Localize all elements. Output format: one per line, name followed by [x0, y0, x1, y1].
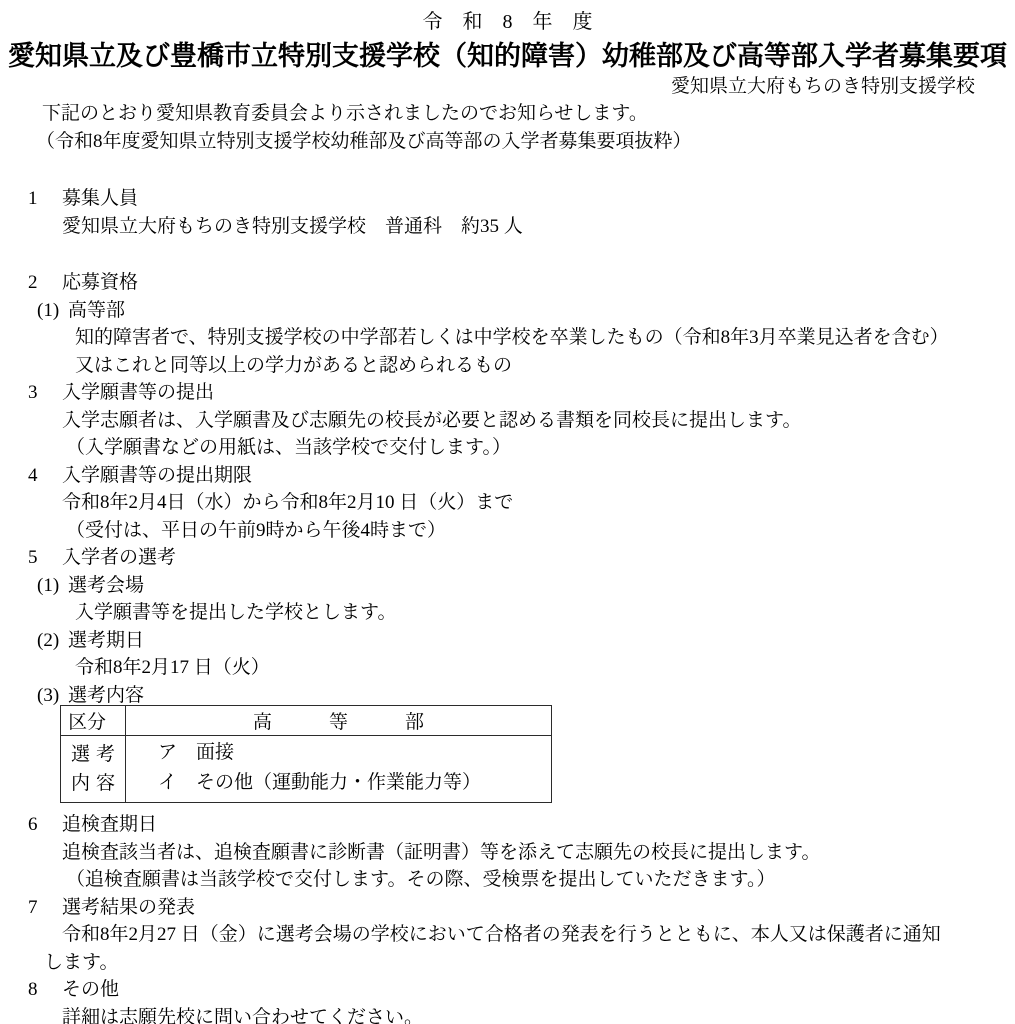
section-7-title: 選考結果の発表 — [62, 894, 195, 922]
section-4-title: 入学願書等の提出期限 — [62, 462, 252, 490]
section-8-number: 8 — [28, 976, 62, 1004]
table-body-row: 選考 内容 ア 面接 イ その他（運動能力・作業能力等） — [61, 736, 552, 803]
section-5-heading: 5 入学者の選考 — [28, 544, 1015, 572]
section-3-number: 3 — [28, 379, 62, 407]
document-page: 令 和 8 年 度 愛知県立及び豊橋市立特別支援学校（知的障害）幼稚部及び高等部… — [0, 0, 1015, 1024]
section-7-body-line-1: 令和8年2月27 日（金）に選考会場の学校において合格者の発表を行うとともに、本… — [62, 921, 1015, 949]
section-3-title: 入学願書等の提出 — [62, 379, 214, 407]
issuing-school-name: 愛知県立大府もちのき特別支援学校 — [0, 74, 1015, 100]
section-4-body-line-1: 令和8年2月4日（水）から令和8年2月10 日（火）まで — [62, 489, 1015, 517]
section-2-title: 応募資格 — [62, 269, 138, 297]
spacer — [0, 240, 1015, 269]
section-1-number: 1 — [28, 185, 62, 213]
section-8-title: その他 — [62, 976, 119, 1004]
selection-item-other: イ その他（運動能力・作業能力等） — [158, 768, 551, 798]
section-2-sub-1-heading: (1) 高等部 — [37, 297, 1015, 325]
section-7-heading: 7 選考結果の発表 — [28, 894, 1015, 922]
section-6-body-line-2: （追検査願書は当該学校で交付します。その際、受検票を提出していただきます。） — [66, 866, 1015, 894]
table-selection-items-cell: ア 面接 イ その他（運動能力・作業能力等） — [126, 736, 552, 803]
section-2-heading: 2 応募資格 — [28, 269, 1015, 297]
section-7-body-line-2: します。 — [44, 949, 1015, 977]
section-5-sub-1-heading: (1) 選考会場 — [37, 572, 1015, 600]
rowlabel-line-1: 選考 — [62, 740, 124, 769]
section-5-sub-1-body: 入学願書等を提出した学校とします。 — [75, 599, 1015, 627]
section-2-sub-1-body-line-1: 知的障害者で、特別支援学校の中学部若しくは中学校を卒業したもの（令和8年3月卒業… — [75, 324, 1015, 352]
sub-item-number: (1) — [37, 297, 68, 325]
section-1-heading: 1 募集人員 — [28, 185, 1015, 213]
section-5-sub-2-heading: (2) 選考期日 — [37, 627, 1015, 655]
section-4-heading: 4 入学願書等の提出期限 — [28, 462, 1015, 490]
section-8-heading: 8 その他 — [28, 976, 1015, 1004]
sub-item-title: 高等部 — [68, 297, 125, 325]
section-5-title: 入学者の選考 — [62, 544, 176, 572]
sub-item-number: (2) — [37, 627, 68, 655]
section-5-number: 5 — [28, 544, 62, 572]
sub-item-number: (3) — [37, 682, 68, 710]
sub-item-title: 選考会場 — [68, 572, 144, 600]
section-6-body-line-1: 追検査該当者は、追検査願書に診断書（証明書）等を添えて志願先の校長に提出します。 — [62, 839, 1015, 867]
section-4-number: 4 — [28, 462, 62, 490]
section-6-title: 追検査期日 — [62, 811, 157, 839]
sub-item-title: 選考期日 — [68, 627, 144, 655]
intro-line-2: （令和8年度愛知県立特別支援学校幼稚部及び高等部の入学者募集要項抜粋） — [36, 128, 1015, 156]
table-header-row: 区分 高 等 部 — [61, 706, 552, 736]
fiscal-year-heading: 令 和 8 年 度 — [0, 6, 1015, 38]
section-5-sub-2-body: 令和8年2月17 日（火） — [75, 654, 1015, 682]
section-8-body: 詳細は志願先校に問い合わせてください。 — [62, 1004, 1015, 1024]
intro-line-1: 下記のとおり愛知県教育委員会より示されましたのでお知らせします。 — [42, 100, 1015, 128]
sub-item-title: 選考内容 — [68, 682, 144, 710]
section-2-sub-1-body-line-2: 又はこれと同等以上の学力があると認められるもの — [75, 352, 1015, 380]
section-4-body-line-2: （受付は、平日の午前9時から午後4時まで） — [66, 517, 1015, 545]
section-1-body: 愛知県立大府もちのき特別支援学校 普通科 約35 人 — [62, 213, 1015, 241]
table-header-highschool-division: 高 等 部 — [126, 706, 552, 736]
spacer — [0, 155, 1015, 185]
section-1-title: 募集人員 — [62, 185, 138, 213]
sub-item-number: (1) — [37, 572, 68, 600]
table-header-category: 区分 — [61, 706, 126, 736]
section-6-number: 6 — [28, 811, 62, 839]
section-7-number: 7 — [28, 894, 62, 922]
section-3-body-line-2: （入学願書などの用紙は、当該学校で交付します。） — [66, 434, 1015, 462]
table-rowlabel-selection-content: 選考 内容 — [61, 736, 126, 803]
rowlabel-line-2: 内容 — [62, 769, 124, 798]
document-title: 愛知県立及び豊橋市立特別支援学校（知的障害）幼稚部及び高等部入学者募集要項 — [0, 38, 1015, 74]
selection-item-interview: ア 面接 — [158, 738, 551, 768]
selection-content-table: 区分 高 等 部 選考 内容 ア 面接 イ その他（運動能力・作業能力等） — [60, 705, 552, 803]
section-6-heading: 6 追検査期日 — [28, 811, 1015, 839]
section-2-number: 2 — [28, 269, 62, 297]
section-3-body-line-1: 入学志願者は、入学願書及び志願先の校長が必要と認める書類を同校長に提出します。 — [62, 407, 1015, 435]
section-3-heading: 3 入学願書等の提出 — [28, 379, 1015, 407]
